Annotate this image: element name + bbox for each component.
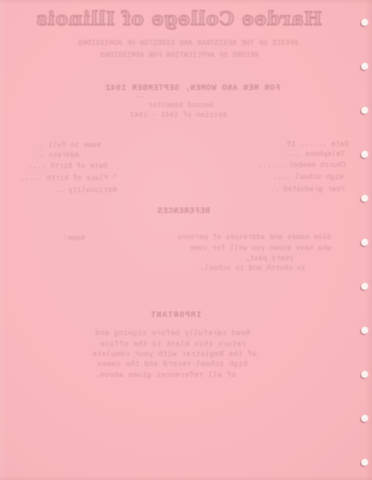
- bleed-section-subline: Second Semester: [148, 103, 214, 110]
- bleed-references-line: Give names and addresses of persons: [177, 235, 331, 242]
- punch-hole: [361, 371, 368, 378]
- bleed-notice-line: return this blank to the office: [100, 342, 246, 350]
- punch-hole: [361, 239, 368, 246]
- punch-hole: [361, 19, 368, 26]
- bleed-notice-line: Read carefully before signing and: [95, 331, 250, 339]
- bleed-references-line: who have known you well for some: [190, 246, 331, 253]
- bleed-section-heading: FOR MEN AND WOMEN, SEPTEMBER 1942: [105, 85, 280, 93]
- punch-hole: [361, 63, 368, 70]
- punch-hole: [361, 107, 368, 114]
- bleed-notice-line: of the Registrar with your complete: [92, 352, 257, 360]
- bleed-references-fragment: Name:: [63, 236, 85, 243]
- punch-hole: [361, 415, 368, 422]
- bleed-section-subline: Session of 1941 - 1942: [130, 113, 227, 120]
- bleed-references-line: in church and in school.: [200, 266, 306, 273]
- bleed-notice-heading: IMPORTANT: [150, 312, 201, 320]
- bleed-dash: --: [135, 95, 144, 102]
- bleed-form-field: Date of birth ....: [28, 164, 107, 171]
- punch-hole: [361, 327, 368, 334]
- punch-hole: [361, 283, 368, 290]
- bleed-notice-line: high school record and the names: [97, 362, 247, 370]
- bleed-form-field: Name in full ..: [35, 143, 101, 150]
- punch-hole: [361, 151, 368, 158]
- bleed-masthead-line: OFFICE OF THE REGISTRAR AND DIRECTOR OF …: [78, 41, 298, 48]
- bleed-notice-line: of all references given above.: [95, 373, 236, 381]
- bleed-college-title: Hardee College of Illinois: [36, 10, 322, 29]
- bleed-masthead-line: RECORD OF APPLICATION FOR ADMISSIONS: [100, 53, 258, 60]
- bleed-form-field: Address ..: [35, 153, 79, 160]
- bleed-form-field: Year graduated ..: [270, 187, 345, 194]
- bleed-form-field: Nationality ..: [55, 188, 117, 195]
- bleed-references-line: years past,: [245, 256, 293, 263]
- bleed-through-layer: Hardee College of Illinois OFFICE OF THE…: [0, 0, 372, 480]
- punch-hole: [361, 195, 368, 202]
- bleed-references-heading: REFERENCES: [157, 208, 210, 216]
- bleed-form-field: High school ....: [273, 175, 343, 182]
- bleed-form-field: Date ...... 19: [287, 142, 349, 149]
- punch-hole: [361, 459, 368, 466]
- bleed-form-field: * Place of birth .....: [20, 176, 117, 183]
- bleed-form-field: Church member ......: [258, 163, 346, 170]
- bleed-form-field: Telephone ....: [283, 152, 345, 159]
- scanned-pink-page: Hardee College of Illinois OFFICE OF THE…: [0, 0, 372, 480]
